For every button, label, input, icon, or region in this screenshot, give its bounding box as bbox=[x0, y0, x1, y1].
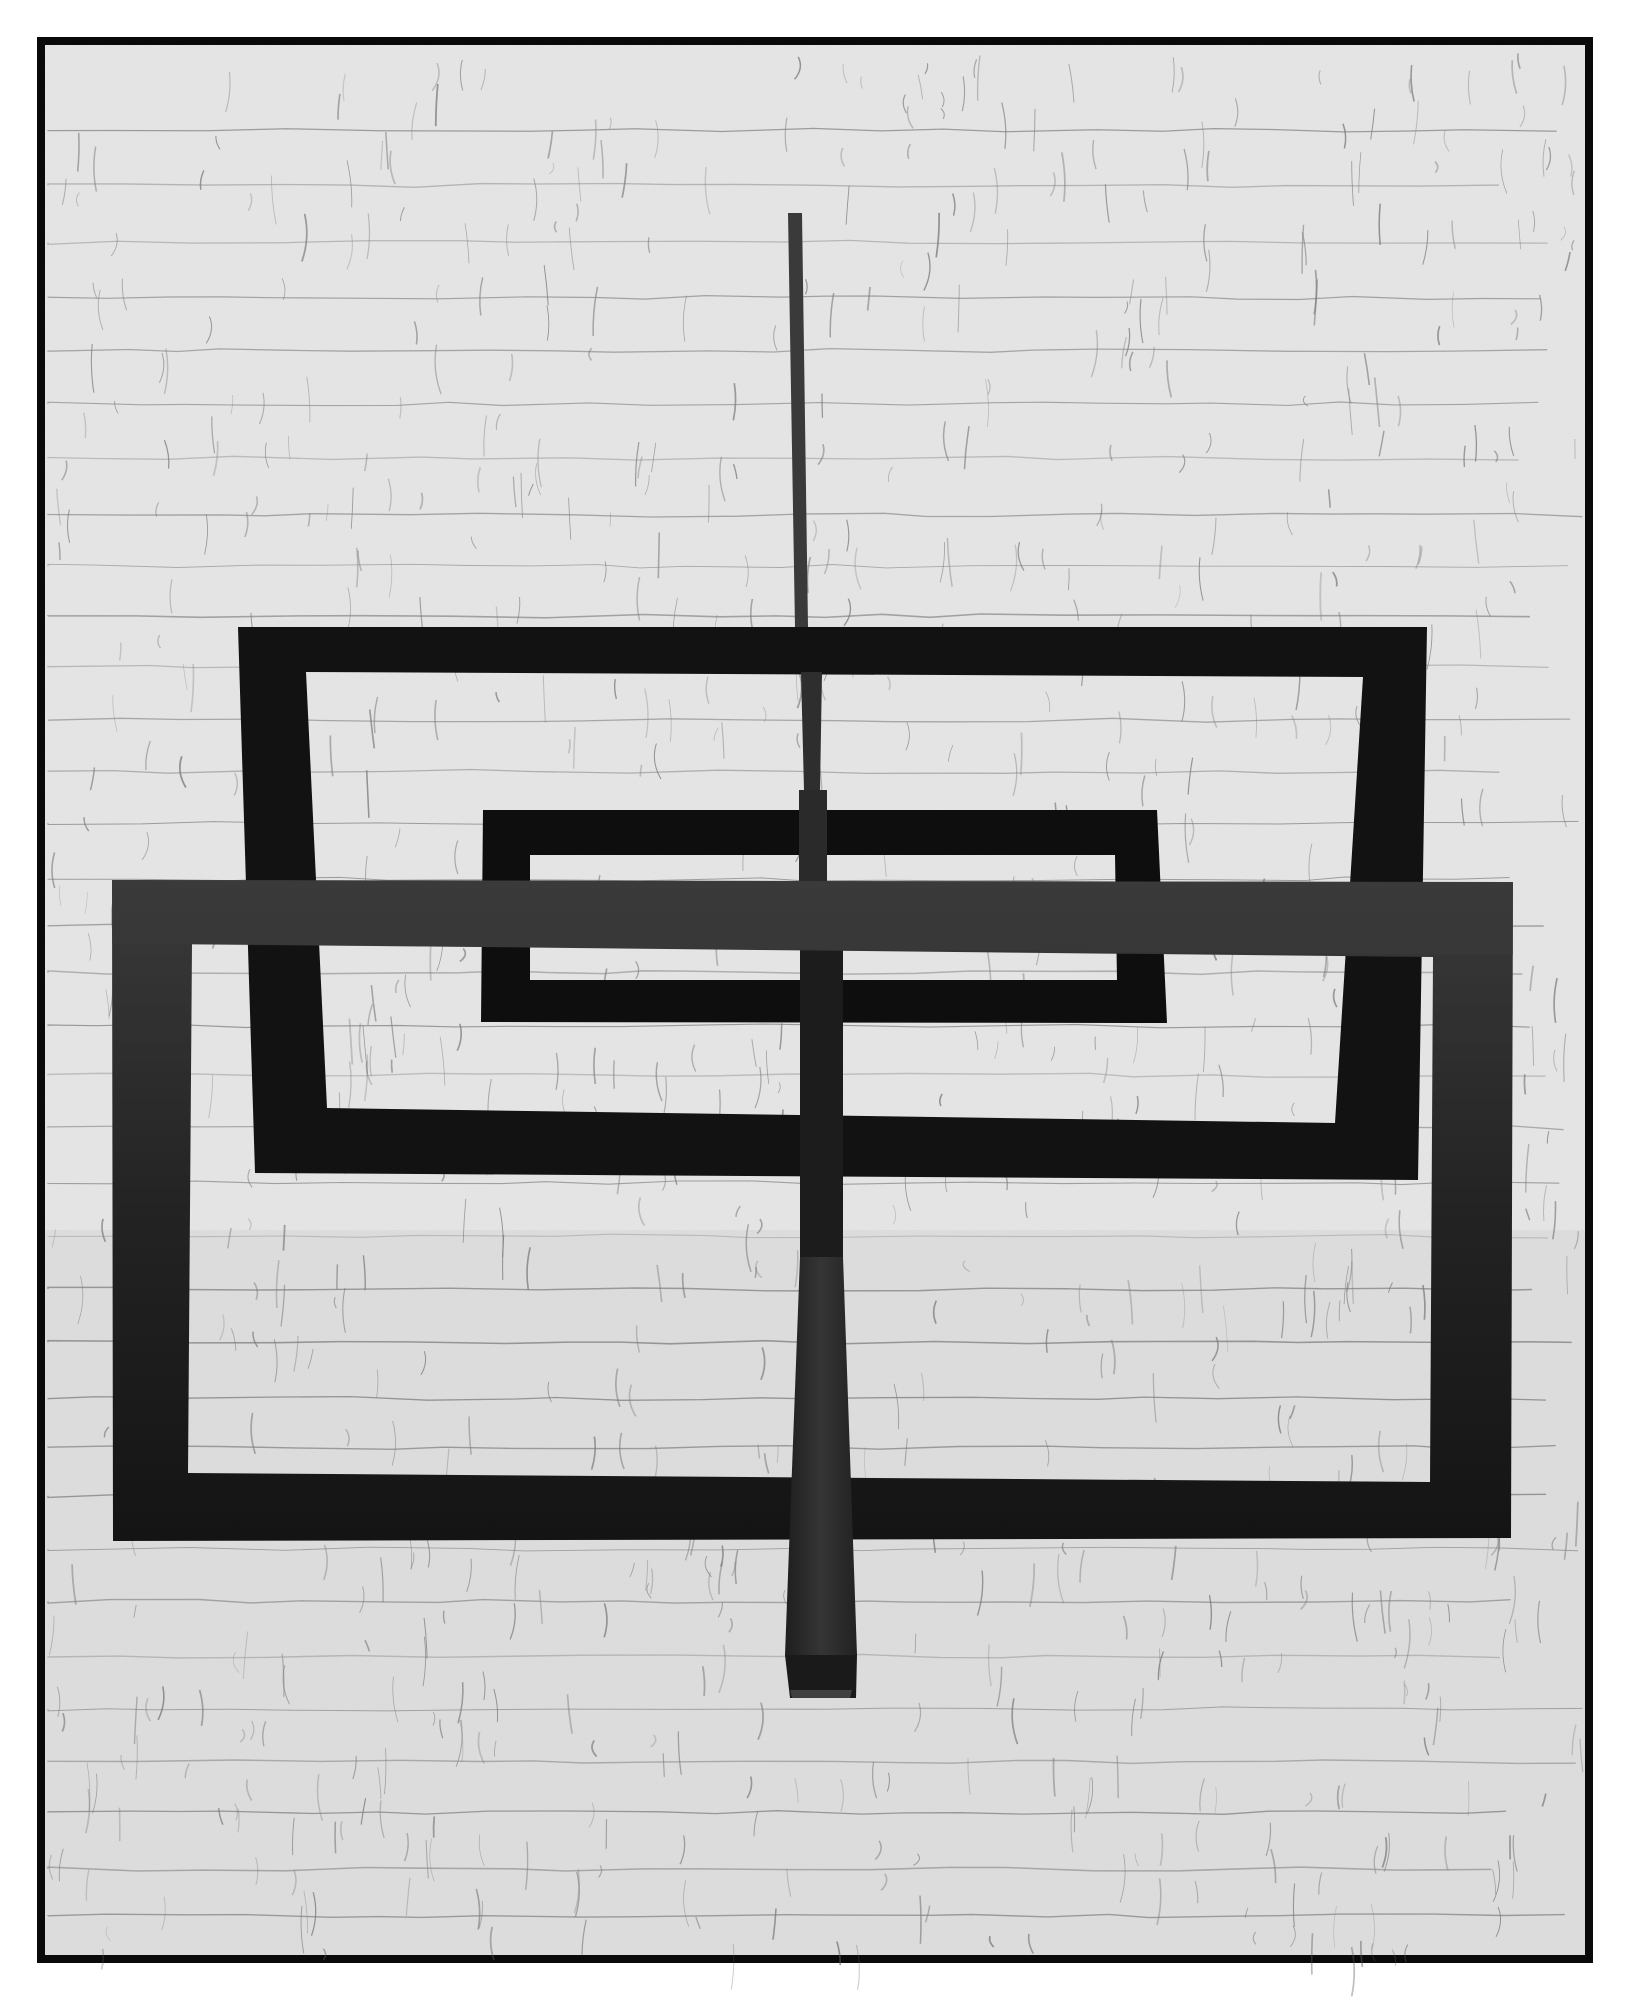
vertical-stick-lower bbox=[801, 672, 822, 790]
photograph bbox=[0, 0, 1630, 2000]
central-beam-end-highlight bbox=[790, 1690, 852, 1698]
front-frame-top-bar bbox=[112, 880, 1513, 955]
beam-rear-segment bbox=[800, 950, 843, 1257]
